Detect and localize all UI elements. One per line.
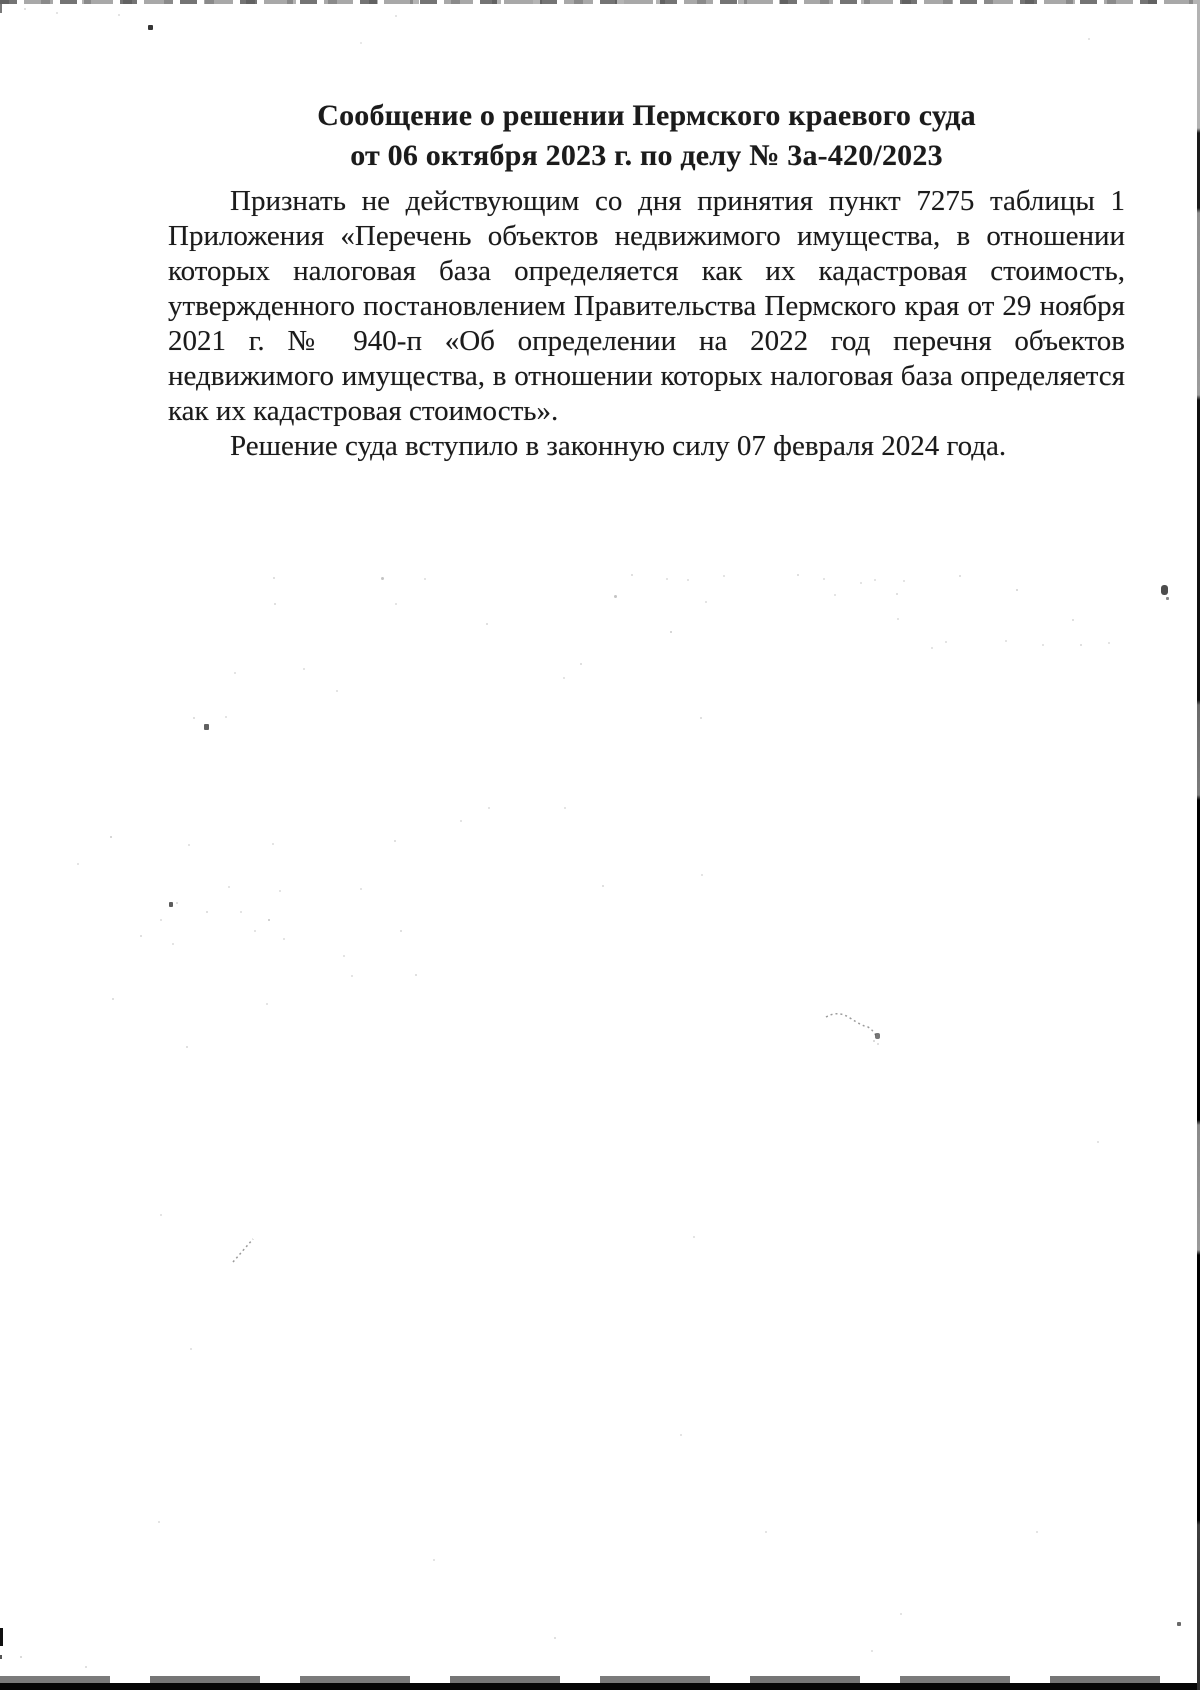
noise-speck	[77, 863, 79, 865]
noise-speck	[1097, 1141, 1099, 1143]
noise-speck	[424, 578, 426, 580]
noise-speck	[564, 807, 566, 809]
noise-speck	[303, 668, 305, 670]
noise-speck	[903, 580, 905, 582]
noise-speck	[266, 1003, 268, 1005]
noise-speck	[140, 935, 142, 937]
noise-speck	[834, 594, 836, 596]
noise-speck	[360, 888, 362, 890]
noise-speck	[823, 578, 825, 580]
noise-speck	[701, 874, 703, 876]
noise-speck	[272, 843, 274, 845]
ink-blot	[1166, 597, 1169, 600]
noise-speck	[400, 930, 402, 932]
ink-blot	[875, 1033, 880, 1039]
noise-speck	[283, 938, 285, 940]
noise-speck	[394, 840, 396, 842]
noise-speck	[871, 1650, 873, 1652]
noise-speck	[1108, 642, 1110, 644]
noise-speck	[273, 577, 275, 579]
noise-speck	[176, 902, 178, 904]
noise-speck	[206, 911, 208, 913]
noise-speck	[1088, 38, 1090, 40]
ink-blot	[1161, 585, 1168, 595]
noise-speck	[723, 575, 725, 577]
ink-blot	[148, 25, 153, 30]
noise-speck	[158, 1521, 160, 1523]
noise-speck	[254, 930, 256, 932]
noise-speck	[188, 844, 190, 846]
noise-speck	[20, 1656, 22, 1658]
noise-speck	[563, 677, 565, 679]
noise-speck	[160, 1214, 162, 1216]
noise-speck	[896, 593, 898, 595]
noise-speck	[1042, 644, 1044, 646]
noise-speck	[172, 943, 174, 945]
ink-blot	[1177, 1622, 1181, 1626]
noise-speck	[945, 641, 947, 643]
noise-speck	[228, 886, 230, 888]
noise-speck	[931, 647, 933, 649]
noise-speck	[602, 885, 604, 887]
noise-speck	[190, 1348, 192, 1350]
noise-speck	[360, 42, 362, 44]
noise-speck	[225, 716, 227, 718]
noise-speck	[110, 836, 112, 838]
noise-speck	[336, 690, 338, 692]
noise-speck	[488, 807, 490, 809]
noise-speck	[874, 579, 876, 581]
noise-speck	[395, 603, 397, 605]
noise-speck	[415, 974, 417, 976]
noise-speck	[705, 601, 707, 603]
noise-speck	[1005, 640, 1007, 642]
noise-speck	[765, 1531, 767, 1533]
noise-speck	[860, 582, 862, 584]
noise-speck	[1036, 1531, 1038, 1533]
noise-speck	[900, 1613, 902, 1615]
noise-speck	[797, 574, 799, 576]
noise-speck	[186, 1046, 188, 1048]
noise-speck	[274, 603, 276, 605]
squiggle-mark	[826, 1014, 876, 1036]
noise-speck	[614, 595, 617, 598]
noise-speck	[381, 577, 384, 580]
noise-speck	[1080, 644, 1082, 646]
slash-mark	[233, 1239, 253, 1262]
noise-speck	[395, 15, 397, 17]
noise-speck	[1072, 619, 1074, 621]
ink-blot	[169, 902, 173, 907]
noise-speck	[279, 890, 281, 892]
noise-speck	[433, 1559, 435, 1561]
noise-speck	[873, 1040, 875, 1042]
noise-speck	[234, 672, 236, 674]
noise-speck	[693, 1236, 695, 1238]
noise-speck	[680, 1434, 682, 1436]
noise-speck	[959, 575, 961, 577]
noise-speck	[670, 631, 672, 633]
noise-speck	[460, 820, 462, 822]
noise-speck	[343, 955, 345, 957]
noise-speck	[580, 663, 582, 665]
noise-speck	[666, 578, 668, 580]
ink-blot	[204, 724, 209, 730]
noise-speck	[631, 574, 633, 576]
noise-speck	[687, 579, 689, 581]
scanned-document-page: Сообщение о решении Пермского краевого с…	[0, 0, 1200, 1690]
noise-speck	[85, 1666, 87, 1668]
noise-speck	[554, 1637, 556, 1639]
noise-speck	[56, 12, 58, 14]
noise-speck	[268, 919, 270, 921]
scan-squiggle-overlay	[0, 0, 1200, 1690]
noise-speck	[160, 919, 162, 921]
noise-speck	[351, 975, 353, 977]
noise-speck	[700, 717, 702, 719]
noise-speck	[193, 717, 195, 719]
noise-speck	[877, 1043, 879, 1045]
noise-speck	[112, 998, 114, 1000]
noise-speck	[240, 911, 242, 913]
noise-speck	[24, 8, 26, 10]
noise-speck	[1016, 589, 1018, 591]
noise-speck	[486, 623, 488, 625]
noise-speck	[897, 618, 899, 620]
noise-speck	[118, 14, 120, 16]
